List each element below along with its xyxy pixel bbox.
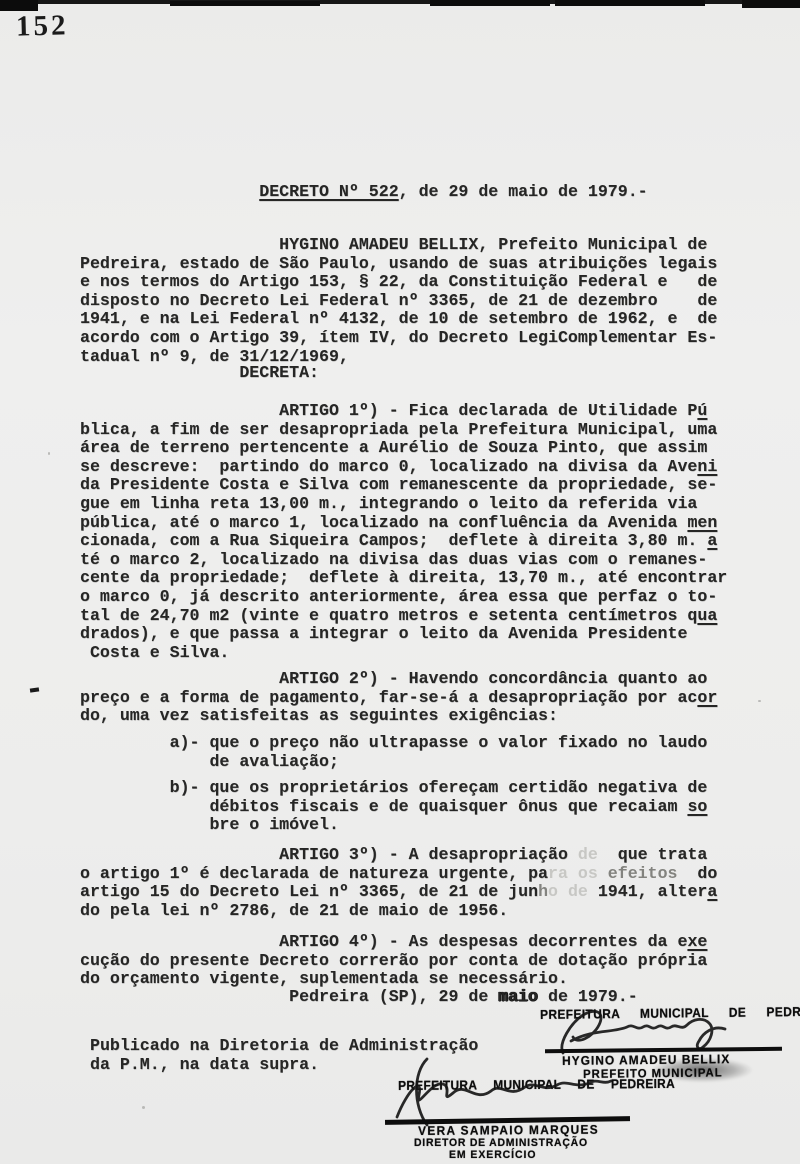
- article-2-item-a: a)- que o preço não ultrapasse o valor f…: [80, 734, 707, 771]
- scanned-decree-page: 152 DECRETO Nº 522, de 29 de maio de 197…: [0, 0, 800, 1164]
- scan-edge-artifact: [430, 0, 550, 6]
- article-1-paragraph: ARTIGO 1º) - Fica declarada de Utilidade…: [80, 402, 727, 662]
- article-3-paragraph: ARTIGO 3º) - A desapropriação de que tra…: [80, 846, 717, 920]
- page-number: 152: [16, 9, 69, 43]
- decree-title: DECRETO Nº 522, de 29 de maio de 1979.-: [80, 183, 648, 202]
- paper-speck: [758, 700, 761, 702]
- scan-edge-artifact: [555, 0, 705, 6]
- preamble-paragraph: HYGINO AMADEU BELLIX, Prefeito Municipal…: [80, 236, 717, 366]
- margin-mark: [30, 687, 39, 692]
- article-4-paragraph: ARTIGO 4º) - As despesas decorrentes da …: [80, 933, 707, 989]
- scan-edge-artifact: [742, 0, 800, 8]
- decreta-heading: DECRETA:: [80, 364, 319, 383]
- paper-speck: [48, 452, 50, 455]
- article-2-paragraph: ARTIGO 2º) - Havendo concordância quanto…: [80, 670, 717, 726]
- scan-edge-artifact: [170, 1, 320, 6]
- stamp-role-diretora-2: EM EXERCÍCIO: [449, 1149, 536, 1161]
- paper-speck: [142, 1106, 145, 1109]
- stamp-name-diretora: VERA SAMPAIO MARQUES: [418, 1123, 599, 1138]
- article-2-item-b: b)- que os proprietários ofereçam certid…: [80, 779, 707, 835]
- stamp-role-diretora: DIRETOR DE ADMINISTRAÇÃO: [414, 1137, 588, 1149]
